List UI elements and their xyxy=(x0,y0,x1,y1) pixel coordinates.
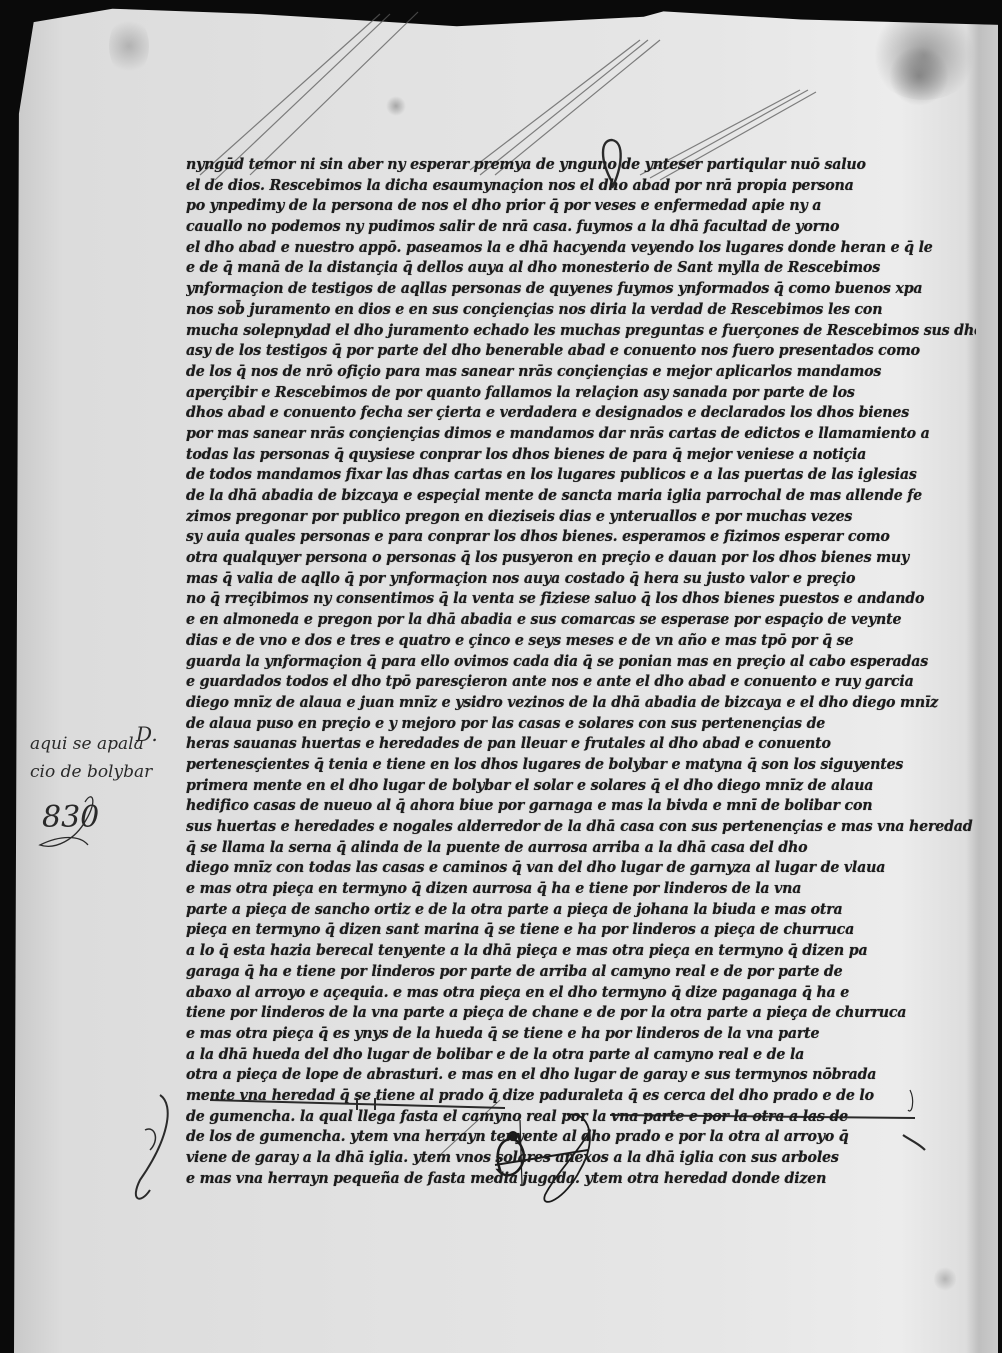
manuscript-line: de gumencha. la qual llega fasta el camy… xyxy=(186,1106,976,1128)
manuscript-line: por mas sanear nrās conçiençias dimos e … xyxy=(186,423,976,445)
manuscript-line: otra a pieça de lope de abrasturi. e mas… xyxy=(186,1065,976,1087)
manuscript-line: mente vna heredad q̄ se tiene al prado q… xyxy=(186,1085,976,1107)
manuscript-line: diego mnīz con todas las casas e caminos… xyxy=(186,858,976,880)
manuscript-line: e mas vna herrayn pequeña de fasta media… xyxy=(186,1168,976,1190)
manuscript-line: otra qualquyer persona o personas q̄ los… xyxy=(186,548,976,570)
manuscript-line: todas las personas q̄ quysiese conprar l… xyxy=(186,444,976,466)
manuscript-line: tiene por linderos de la vna parte a pie… xyxy=(186,1003,976,1025)
marginal-annotation-line: aqui se apala xyxy=(30,730,180,758)
manuscript-line: e mas otra pieça en termyno q̄ dizen aur… xyxy=(186,879,976,901)
manuscript-line: mas q̄ valia de aqllo q̄ por ynformaçion… xyxy=(186,568,976,590)
manuscript-line: de los de gumencha. ytem vna herrayn ten… xyxy=(186,1127,976,1149)
manuscript-line: e de q̄ manā de la distançia q̄ dellos a… xyxy=(186,258,976,280)
manuscript-line: de los q̄ nos de nrō ofiçio para mas san… xyxy=(186,361,976,383)
manuscript-line: cauallo no podemos ny pudimos salir de n… xyxy=(186,217,976,239)
manuscript-body-text: nyngūd temor ni sin aber ny esperar prem… xyxy=(186,155,976,1189)
manuscript-line: heras sauanas huertas e heredades de pan… xyxy=(186,734,976,756)
marginal-folio-number: 830 xyxy=(42,800,99,835)
manuscript-line: q̄ se llama la serna q̄ alinda de la pue… xyxy=(186,837,976,859)
manuscript-line: diego mnīz de alaua e juan mnīz e ysidro… xyxy=(186,692,976,714)
manuscript-line: po ynpedimy de la persona de nos el dho … xyxy=(186,196,976,218)
manuscript-line: aperçibir e Rescebimos de por quanto fal… xyxy=(186,382,976,404)
manuscript-line: ynformaçion de testigos de aqllas person… xyxy=(186,279,976,301)
manuscript-line: parte a pieça de sancho ortiz e de la ot… xyxy=(186,899,976,921)
manuscript-line: e mas otra pieça q̄ es ynys de la hueda … xyxy=(186,1023,976,1045)
manuscript-line: viene de garay a la dhā iglia. ytem vnos… xyxy=(186,1147,976,1169)
manuscript-line: nyngūd temor ni sin aber ny esperar prem… xyxy=(186,154,976,176)
manuscript-line: hedifico casas de nueuo al q̄ ahora biue… xyxy=(186,796,976,818)
manuscript-line: dhos abad e conuento fecha ser çierta e … xyxy=(186,403,976,425)
marginal-annotation-line: cio de bolybar xyxy=(30,758,180,786)
manuscript-line: sus huertas e heredades e nogales alderr… xyxy=(186,816,976,838)
marginal-annotation: aqui se apala cio de bolybar xyxy=(30,730,180,786)
manuscript-line: a la dhā hueda del dho lugar de bolibar … xyxy=(186,1044,976,1066)
manuscript-line: garaga q̄ ha e tiene por linderos por pa… xyxy=(186,961,976,983)
manuscript-line: zimos pregonar por publico pregon en die… xyxy=(186,506,976,528)
manuscript-line: el de dios. Rescebimos la dicha esaumyna… xyxy=(186,175,976,197)
manuscript-line: e guardados todos el dho tpō paresçieron… xyxy=(186,672,976,694)
manuscript-line: nos sob̄ juramento en dios e en sus conç… xyxy=(186,299,976,321)
manuscript-line: de todos mandamos fixar las dhas cartas … xyxy=(186,465,976,487)
manuscript-line: no q̄ rreçibimos ny consentimos q̄ la ve… xyxy=(186,589,976,611)
manuscript-line: asy de los testigos q̄ por parte del dho… xyxy=(186,341,976,363)
manuscript-line: abaxo al arroyo e açequia. e mas otra pi… xyxy=(186,982,976,1004)
manuscript-line: el dho abad e nuestro appō. paseamos la … xyxy=(186,237,976,259)
manuscript-line: mucha solepnydad el dho juramento echado… xyxy=(186,320,976,342)
manuscript-line: guarda la ynformaçion q̄ para ello ovimo… xyxy=(186,651,976,673)
manuscript-line: de alaua puso en preçio e y mejoro por l… xyxy=(186,713,976,735)
manuscript-line: pieça en termyno q̄ dizen sant marina q̄… xyxy=(186,920,976,942)
manuscript-line: e en almoneda e pregon por la dhā abadia… xyxy=(186,610,976,632)
manuscript-line: dias e de vno e dos e tres e quatro e çi… xyxy=(186,630,976,652)
manuscript-line: sy auia quales personas e para conprar l… xyxy=(186,527,976,549)
manuscript-line: de la dhā abadia de bizcaya e espeçial m… xyxy=(186,485,976,507)
manuscript-line: pertenesçientes q̄ tenia e tiene en los … xyxy=(186,754,976,776)
manuscript-line: primera mente en el dho lugar de bolybar… xyxy=(186,775,976,797)
manuscript-line: a lo q̄ esta hazia berecal tenyente a la… xyxy=(186,941,976,963)
